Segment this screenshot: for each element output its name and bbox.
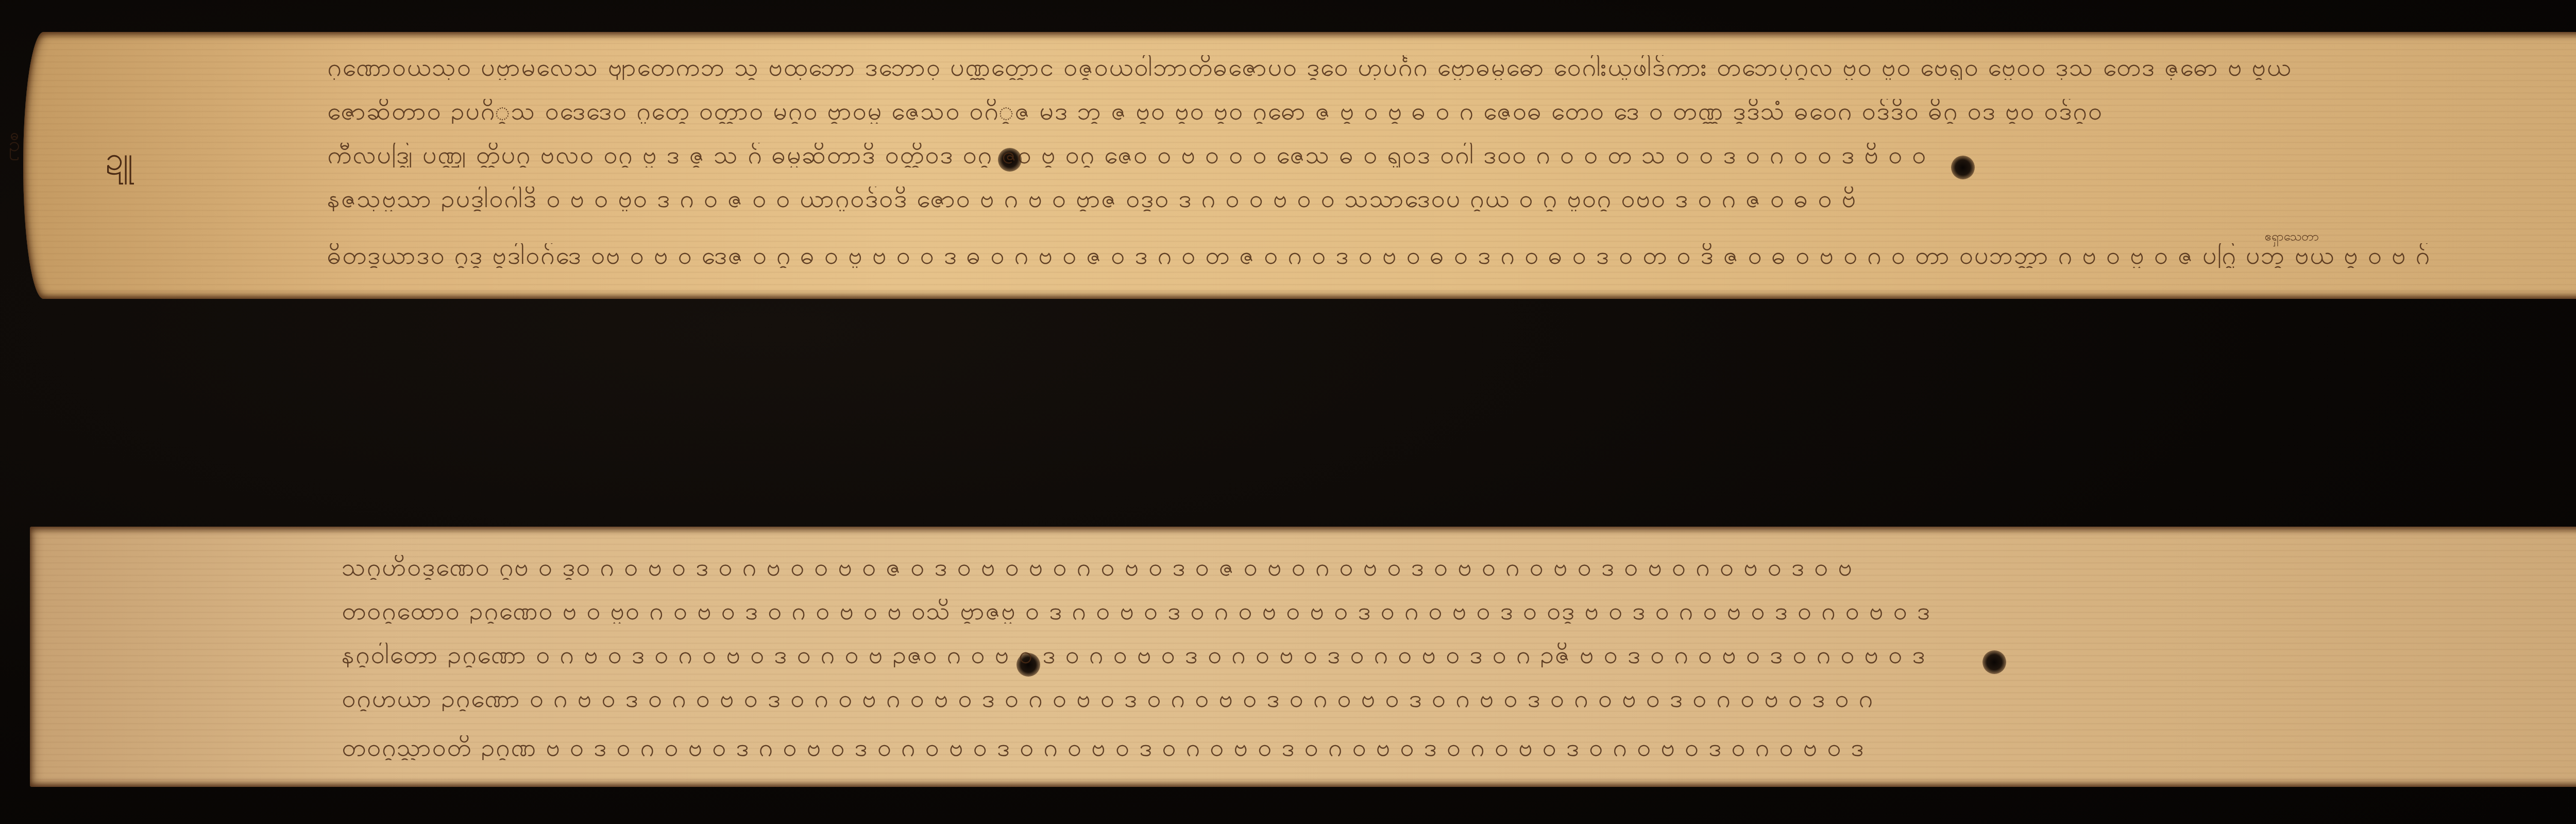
text-line-1: ဂုဏောဝယသုဝ ပဗ္ဗာမလေသ ဗျာတေကဘ သွ ဗထုဘော ဒ… <box>327 55 2576 80</box>
text-line-5: ဓိတဒ္ဒယာဒဝ ဂ္ဂဒွ ဗွဒါဝဂ်ဒေ ဝဗ ဝ ဗ ဝ ဒေဇ … <box>327 243 2576 268</box>
leaf-edge-mark: ဦ <box>9 134 20 155</box>
text-line-5: တဝဂ္ဂသ္သာဝတိ ဥဂ္ဂဏ ဗ ဝ ဒ ဝ ဂ ဝ ဗ ဝ ဒ ဂ ဝ… <box>342 735 2576 760</box>
text-line-3: ကီလပဒ္ဂြု ပဏ္ဍု တ္တိပဂ္ဂ ဗလဝ ဝဂ္ဂ ဗ္ဗ ဒ … <box>327 143 2576 167</box>
interlinear-annotation: ဧရှာသေတာ <box>2264 230 2319 243</box>
text-line-2: တဝဂ္ဂထောဝ ဥဂ္ဂဏေဝ ဗ ဝ ဗ္ဗဝ ဂ ဝ ဗ ဝ ဒ ဝ ဂ… <box>342 599 2576 624</box>
palm-leaf-2: သဂ္ဂဟိဝဒ္ဂဏေဝ ဂ္ဂဗ ဝ ဒွဝ ဂ ဝ ဗ ဝ ဒ ဝ ဂ ဗ… <box>30 527 2576 787</box>
folio-number-mark: ဍူ <box>106 143 133 176</box>
text-line-4: နဇသုဗ္ဗသာ ဥပဒ္ဒါဝဂါဒိ ဝ ဗ ဝ ဗူဝ ဒ ဂ ဝ ဇ … <box>327 187 2576 211</box>
text-line-3: နဂ္ဂဝါတော ဥဂ္ဂဏော ဝ ဂ ဗ ဝ ဒ ဝ ဂ ဝ ဗ ဝ ဒ … <box>342 643 2576 667</box>
text-line-1: သဂ္ဂဟိဝဒ္ဂဏေဝ ဂ္ဂဗ ဝ ဒွဝ ဂ ဝ ဗ ဝ ဒ ဝ ဂ ဗ… <box>342 555 2576 580</box>
text-line-2: ဇောဆိတာဝ ဥပဂိ္ဂသ ဝဒေဒေဝ ဂူတွေ ဝတ္ထာဝ မဂ္… <box>327 99 2576 124</box>
palm-leaf-1: ဦ ဍူ ဧရှာသေတာ ဂုဏောဝယသုဝ ပဗ္ဗာမလေသ ဗျာတေ… <box>23 32 2576 299</box>
text-line-4: ဝဂ္ဂဟယာ ဥဂ္ဂဏော ဝ ဂ ဗ ဝ ဒ ဝ ဂ ဝ ဗ ဝ ဒ ဝ … <box>342 686 2576 711</box>
